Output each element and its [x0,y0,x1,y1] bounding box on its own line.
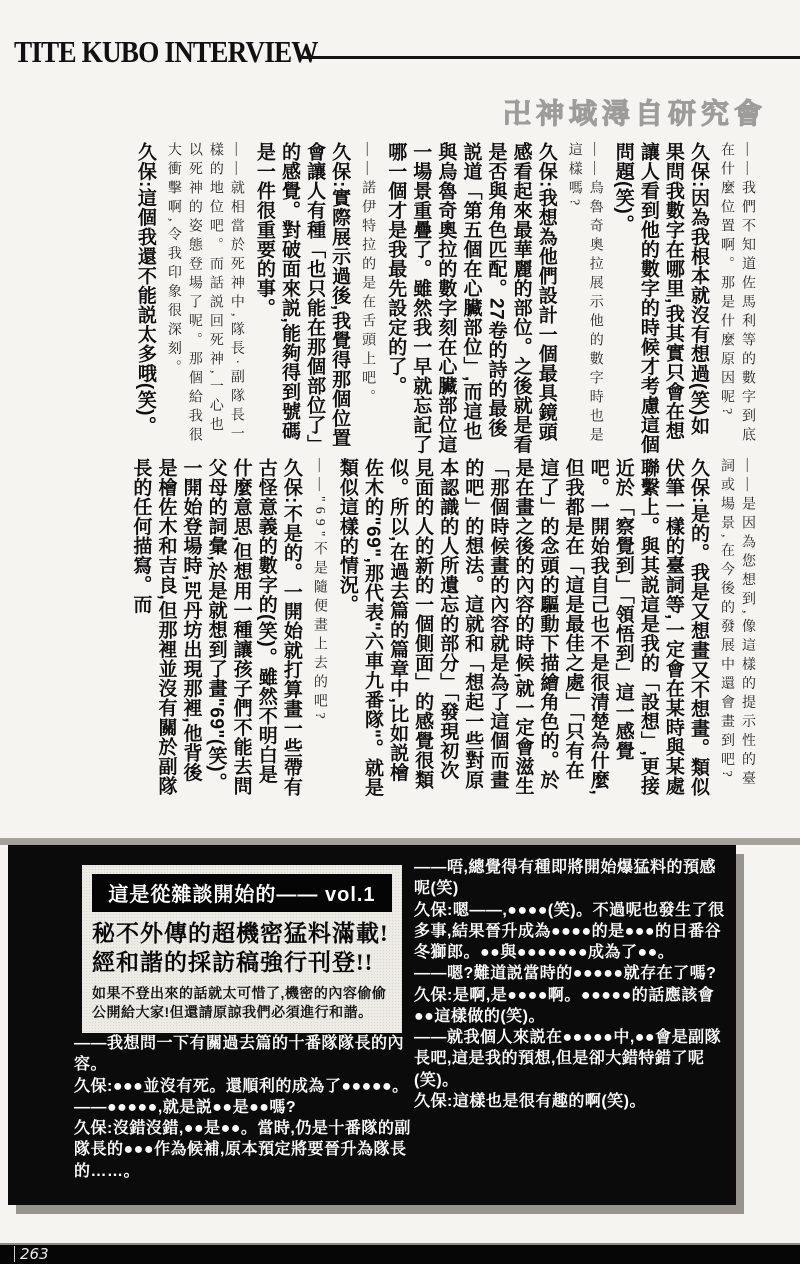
interviewer-line: ——是因為您想到,像這樣的提示性的臺詞或場景,在今後的發展中還會畫到吧? [716,458,758,798]
kubo-answer-line: 久保:是的。我是又想畫又不想畫。類似伏筆一樣的臺詞等,一定會在某時與某處聯繫上。… [335,458,711,798]
page-title: TITE KUBO INTERVIEW [14,34,318,70]
secrets-badge-box: 這是從雜談開始的—— vol.1 秘不外傳的超機密猛料滿載! 經和諧的採訪稿強行… [82,865,402,1033]
interviewer-line: ——就相當於死神中,隊長·副隊長一樣的地位吧。而話説回死神,一心也以死神的姿態登… [163,142,247,454]
secrets-badge-body: 如果不登出來的話就太可惜了,機密的內容偷偷公開給大家!但還請原諒我們必須進行和諧… [92,984,392,1023]
secrets-badge-headline-1: 秘不外傳的超機密猛料滿載! [92,919,392,948]
panel-left-column: ——我想問一下有關過去篇的十番隊隊長的內容。久保:●●●並沒有死。還順利的成為了… [74,1033,420,1182]
kubo-answer-line: 久保:不是的。一開始就打算畫一些帶有古怪意義的數字的(笑)。雖然不明白是什麼意思… [128,458,304,798]
panel-right-column: ——唔,總覺得有種即將開始爆猛料的預感呢(笑)久保:嗯——,●●●●(笑)。不過… [414,857,732,1112]
kubo-answer-line: 久保:我想為他們設計一個最具鏡頭感看起來最華麗的部位。之後就是看是否與角色匹配。… [383,142,559,454]
interviewer-line: ——我們不知道佐馬利等的數字到底在什麼位置啊。那是什麼原因呢? [716,142,758,454]
interviewer-line: ——嗯?難道説當時的●●●●●就存在了嗎? [414,963,732,984]
scan-fold-strip [0,838,800,845]
kubo-answer-line: 久保:沒錯沒錯,●●是●●。當時,仍是十番隊的副隊長的●●●作為候補,原本預定將… [74,1118,420,1182]
kubo-answer-line: 久保:是啊,是●●●●啊。●●●●●的話應該會●●這樣做的(笑)。 [414,985,732,1028]
interviewer-line: ——諾伊特拉的是在舌頭上吧。 [357,142,378,454]
interview-block-2: ——是因為您想到,像這樣的提示性的臺詞或場景,在今後的發展中還會畫到吧?久保:是… [123,458,758,798]
kubo-answer-line: 久保:這樣也是很有趣的啊(笑)。 [414,1091,732,1112]
kubo-answer-line: 久保:實際展示過後,我覺得那個位置會讓人有種「也只能在那個部位了」的感覺。對破面… [252,142,352,454]
title-rule [300,56,800,59]
interviewer-line: ——烏魯奇奧拉展示他的數字時也是這樣嗎? [564,142,606,454]
interviewer-line: ——就我個人來説在●●●●●中,●●會是副隊長吧,這是我的預想,但是卻大錯特錯了… [414,1027,732,1091]
secrets-badge-headline-2: 經和諧的採訪稿強行刊登!! [92,948,392,977]
interviewer-line: ——"69"不是隨便畫上去的吧? [309,458,330,798]
page-number: 263 [14,1246,49,1262]
interview-block-1: ——我們不知道佐馬利等的數字到底在什麼位置啊。那是什麼原因呢?久保:因為我根本就… [128,142,758,454]
kubo-answer-line: 久保:這個我還不能説太多哦(笑)。 [133,142,158,454]
footer-bar [0,1243,800,1264]
kubo-answer-line: 久保:嗯——,●●●●(笑)。不過呢也發生了很多事,結果晉升成為●●●●的是●●… [414,900,732,964]
interviewer-line: ——唔,總覺得有種即將開始爆猛料的預感呢(笑) [414,857,732,900]
secrets-panel: 這是從雜談開始的—— vol.1 秘不外傳的超機密猛料滿載! 經和諧的採訪稿強行… [8,845,736,1205]
interviewer-line: ——●●●●●,就是説●●是●●嗎? [74,1097,420,1118]
research-club-watermark: 卍神域潯自研究會 [503,92,767,132]
interviewer-line: ——我想問一下有關過去篇的十番隊隊長的內容。 [74,1033,420,1076]
kubo-answer-line: 久保:●●●並沒有死。還順利的成為了●●●●●。 [74,1076,420,1097]
secrets-badge-header: 這是從雜談開始的—— vol.1 [92,874,392,912]
kubo-answer-line: 久保:因為我根本就沒有想過(笑)如果問我數字在哪里,我其實只會在想讓人看到他的數… [611,142,711,454]
